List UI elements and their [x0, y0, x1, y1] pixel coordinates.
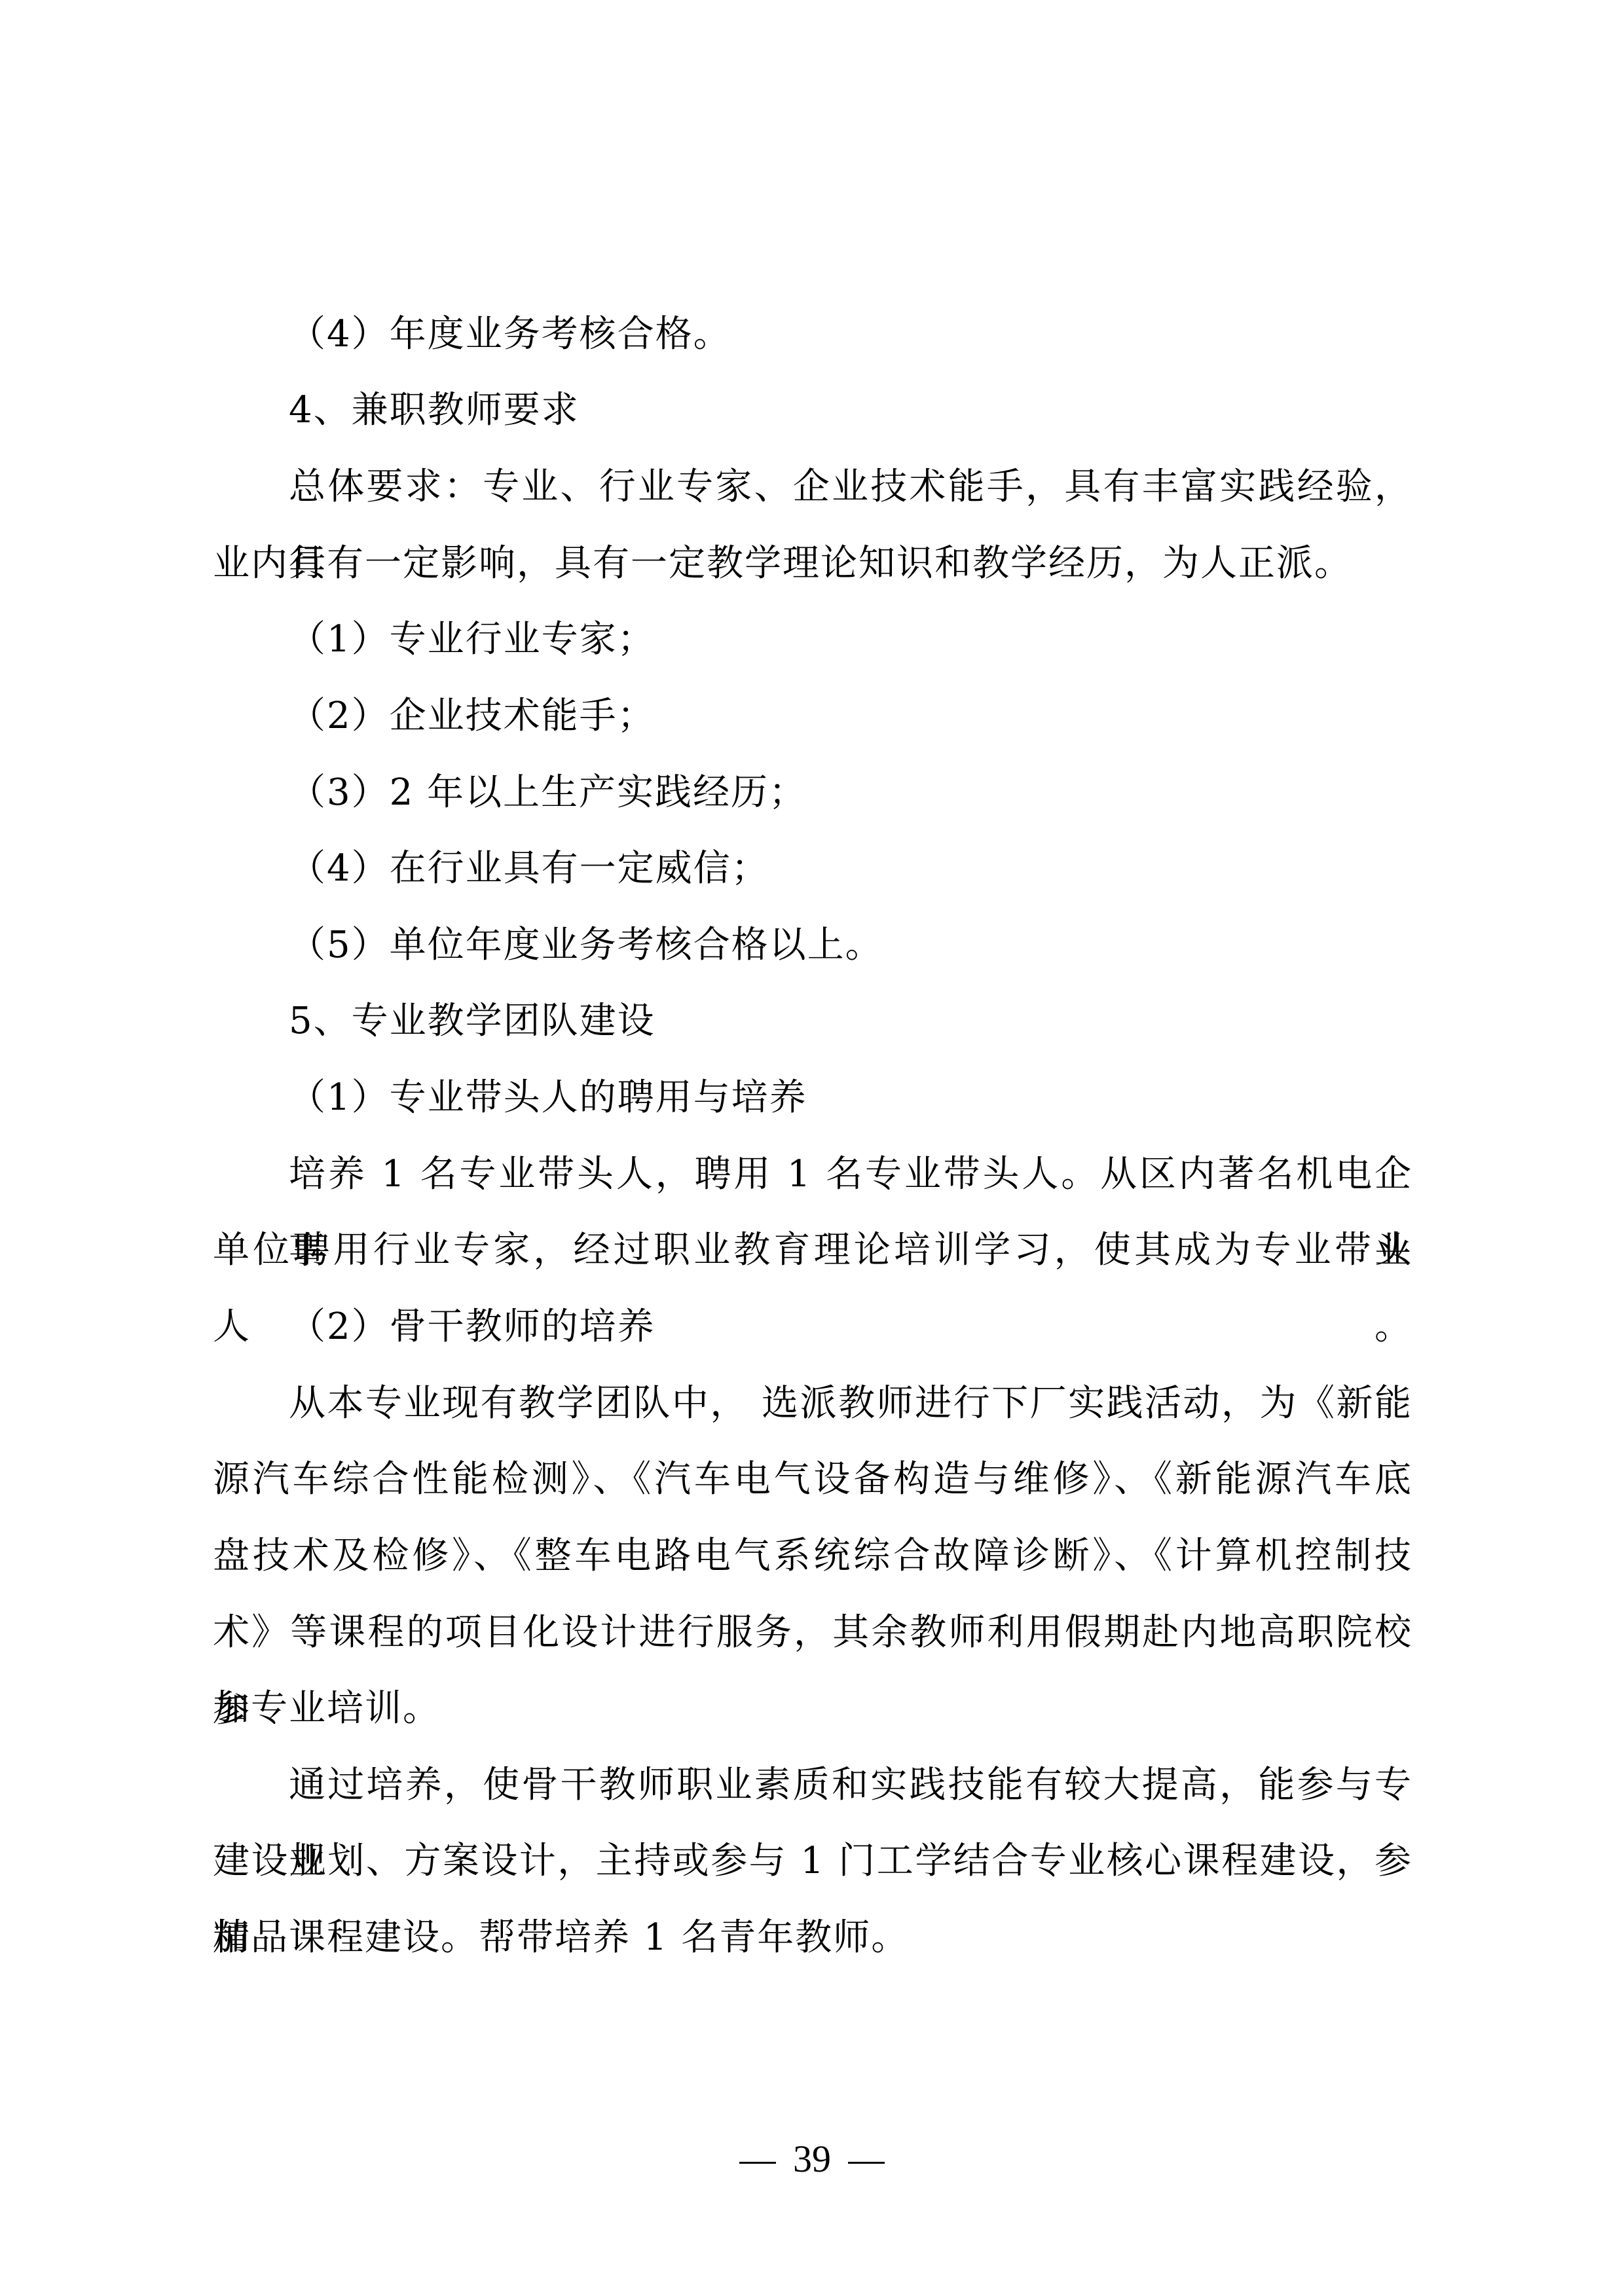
- subheading-backbone-teachers: （2）骨干教师的培养: [213, 1288, 1412, 1365]
- paragraph-lead-teacher-line-2: 单位聘用行业专家，经过职业教育理论培训学习，使其成为专业带头人。: [213, 1212, 1412, 1288]
- subheading-lead-teacher: （1）专业带头人的聘用与培养: [213, 1059, 1412, 1136]
- footer-dash-right: [848, 2162, 885, 2164]
- paragraph-backbone-line-3: 盘技术及检修》、《整车电路电气系统综合故障诊断》、《计算机控制技: [213, 1518, 1412, 1594]
- document-page: （4）年度业务考核合格。 4、兼职教师要求 总体要求：专业、行业专家、企业技术能…: [0, 0, 1624, 2296]
- page-number: 39: [793, 2138, 831, 2180]
- paragraph-outcome-line-1: 通过培养，使骨干教师职业素质和实践技能有较大提高，能参与专业: [213, 1747, 1412, 1823]
- list-item-practice-experience: （3）2 年以上生产实践经历；: [213, 754, 1412, 831]
- paragraph-backbone-line-4: 术》等课程的项目化设计进行服务，其余教师利用假期赴内地高职院校参: [213, 1594, 1412, 1671]
- paragraph-backbone-line-2: 源汽车综合性能检测》、《汽车电气设备构造与维修》、《新能源汽车底: [213, 1441, 1412, 1518]
- paragraph-backbone-line-1: 从本专业现有教学团队中， 选派教师进行下厂实践活动，为《新能: [213, 1365, 1412, 1442]
- list-item-technical-expert: （2）企业技术能手；: [213, 678, 1412, 754]
- paragraph-general-requirements-line-1: 总体要求：专业、行业专家、企业技术能手，具有丰富实践经验，行: [213, 448, 1412, 525]
- list-item-unit-assessment: （5）单位年度业务考核合格以上。: [213, 907, 1412, 983]
- list-item-annual-assessment: （4）年度业务考核合格。: [213, 296, 1412, 373]
- list-item-industry-prestige: （4）在行业具有一定威信；: [213, 830, 1412, 907]
- paragraph-outcome-line-2: 建设规划、方案设计，主持或参与 1 门工学结合专业核心课程建设，参加: [213, 1823, 1412, 1899]
- section-heading-part-time-teachers: 4、兼职教师要求: [213, 372, 1412, 448]
- paragraph-lead-teacher-line-1: 培养 1 名专业带头人，聘用 1 名专业带头人。从区内著名机电企事业: [213, 1136, 1412, 1212]
- paragraph-backbone-line-5: 加专业培训。: [213, 1670, 1412, 1747]
- footer-dash-left: [739, 2162, 776, 2164]
- section-heading-teaching-team: 5、专业教学团队建设: [213, 983, 1412, 1059]
- page-footer: 39: [0, 2136, 1624, 2183]
- list-item-industry-expert: （1）专业行业专家；: [213, 601, 1412, 678]
- paragraph-outcome-line-3: 精品课程建设。帮带培养 1 名青年教师。: [213, 1899, 1412, 1976]
- paragraph-general-requirements-line-2: 业内具有一定影响，具有一定教学理论知识和教学经历，为人正派。: [213, 525, 1412, 602]
